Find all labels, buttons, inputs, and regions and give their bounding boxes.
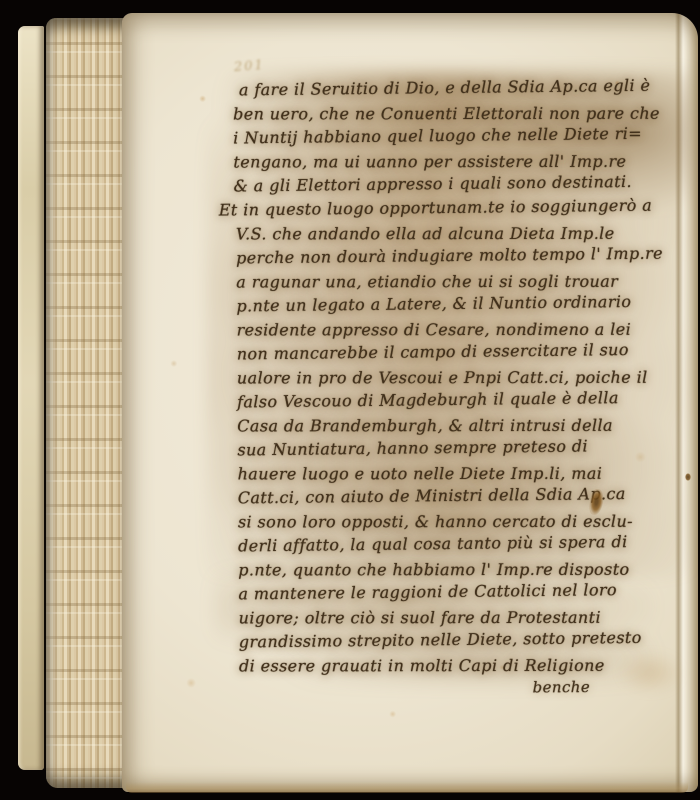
manuscript-line: falso Vescouo di Magdeburgh il quale è d…	[237, 386, 666, 415]
book-deckled-page-edges	[46, 18, 132, 788]
manuscript-line: a fare il Seruitio di Dio, e della Sdia …	[239, 74, 664, 103]
edge-speck	[685, 473, 691, 481]
manuscript-line: grandissimo strepito nelle Diete, sotto …	[239, 626, 668, 655]
manuscript-line: di essere grauati in molti Capi di Relig…	[239, 654, 668, 679]
manuscript-line: Et in questo luogo opportunam.te io sogg…	[219, 194, 665, 223]
folio-number: 201	[234, 58, 266, 75]
manuscript-photo: 201 a fare il Seruitio di Dio, e della S…	[0, 0, 700, 800]
manuscript-line: sua Nuntiatura, hanno sempre preteso di	[237, 434, 666, 463]
manuscript-line: p.nte un legato a Latere, & il Nuntio or…	[236, 290, 665, 319]
manuscript-line: perche non dourà indugiare molto tempo l…	[236, 242, 665, 271]
manuscript-line: a mantenere le raggioni de Cattolici nel…	[238, 578, 667, 607]
book-cover-parchment-edge	[18, 26, 44, 770]
catchword: benche	[222, 675, 668, 700]
manuscript-line: i Nuntij habbiano quel luogo che nelle D…	[233, 122, 664, 151]
faint-smudge	[614, 649, 688, 697]
manuscript-line: derli affatto, la qual cosa tanto più si…	[238, 530, 667, 559]
paragraph: a fare il Seruitio di Dio, e della Sdia …	[218, 75, 665, 198]
paragraph: Et in questo luogo opportunam.te io sogg…	[219, 195, 668, 678]
manuscript-text: a fare il Seruitio di Dio, e della Sdia …	[218, 75, 668, 700]
manuscript-line: non mancarebbe il campo di essercitare i…	[237, 338, 666, 367]
photo-background: { "palette": { "background": "#070403", …	[0, 0, 700, 800]
manuscript-page: 201 a fare il Seruitio di Dio, e della S…	[122, 13, 698, 792]
